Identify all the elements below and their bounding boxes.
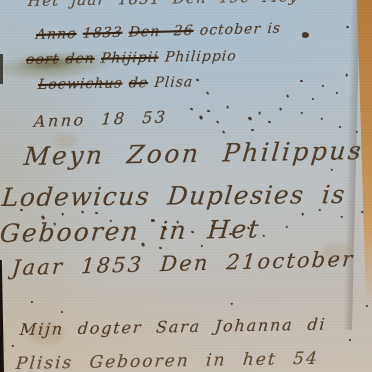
handwriting-segment: Het jaar 1831 Den 19e Mey (27, 0, 299, 10)
handwriting-segment: Meyn Zoon Philippus (23, 136, 365, 171)
line-lodewicus: Lodewicus Duplesies is (1, 180, 359, 212)
ink-speck (312, 98, 314, 100)
ink-speck (301, 213, 304, 216)
line-meyn-zoon: Meyn Zoon Philippus (23, 136, 372, 171)
ink-speck (216, 120, 220, 124)
ink-speck (61, 213, 63, 216)
handwriting-segment: de (128, 75, 149, 91)
handwriting-segment: Anno 18 53 (33, 107, 168, 131)
handwriting-segment: is (267, 21, 282, 37)
ink-speck (336, 92, 339, 95)
struck-line-anno-1833: Anno1833Den 26octoberis (35, 20, 288, 43)
line-sara-johanna: Mijn dogter Sara Johanna di (19, 315, 334, 340)
ink-speck (301, 112, 304, 115)
ink-speck (321, 118, 323, 120)
ink-speck (341, 216, 343, 218)
ink-speck (300, 80, 303, 83)
ink-speck (201, 245, 204, 248)
handwriting-segment: Mijn dogter Sara Johanna di (19, 315, 327, 339)
ink-speck (302, 32, 309, 38)
manuscript-photo: Het jaar 1831 Den 19e MeyAnno1833Den 26o… (0, 0, 372, 372)
ink-speck (231, 303, 233, 305)
ink-speck (349, 339, 351, 341)
ink-speck (339, 126, 341, 128)
handwriting-segment: Plisa (154, 74, 194, 91)
ink-speck (159, 247, 162, 250)
handwriting-segment: Den 26 (128, 23, 194, 41)
photo-dark-nub (0, 54, 3, 84)
handwriting-segment: 1833 (82, 25, 123, 42)
handwriting-segment: Loewichus (37, 76, 123, 94)
ink-speck (226, 106, 228, 109)
handwriting-segment: Anno (35, 26, 77, 43)
ink-speck (61, 311, 64, 313)
ink-speck (345, 73, 348, 76)
handwriting-segment: Philippio (164, 48, 237, 65)
ink-speck (207, 110, 211, 113)
ink-speck (12, 345, 14, 348)
struck-line-philippio: oortdenPhijipiiPhilippio (25, 48, 243, 68)
ink-speck (346, 25, 350, 29)
handwriting-segment: october (199, 21, 262, 39)
header-line-1831: Het jaar 1831 Den 19e Mey (27, 0, 306, 10)
handwriting-segment: den (65, 51, 96, 68)
ink-speck (251, 129, 254, 132)
handwriting-segment: oort (25, 51, 60, 68)
line-jaar-1853: Jaar 1853 Den 21october (11, 247, 365, 280)
handwriting-segment: Jaar 1853 Den 21october (11, 247, 355, 280)
ink-speck (95, 212, 99, 215)
ink-speck (286, 94, 289, 98)
ink-speck (31, 301, 33, 303)
ink-speck (190, 107, 194, 111)
line-anno-1853: Anno 18 53 (33, 107, 175, 131)
ink-speck (331, 169, 333, 171)
line-gebooren: Gebooren in Het (0, 214, 273, 248)
handwriting-segment: Plisis Gebooren in het 54 (15, 349, 320, 372)
ink-speck (199, 115, 203, 120)
handwriting-segment: Phijipii (100, 50, 159, 67)
ink-speck (279, 107, 283, 111)
line-bottom-cut: Plisis Gebooren in het 54 (15, 349, 327, 372)
ink-speck (322, 85, 325, 88)
ink-speck (268, 121, 272, 124)
ink-speck (286, 226, 288, 229)
ink-speck (258, 111, 261, 115)
handwriting-segment: Gebooren in Het (0, 214, 262, 248)
photo-dark-edge (0, 260, 4, 372)
ink-speck (206, 91, 210, 95)
ink-speck (222, 130, 226, 134)
ink-speck (247, 116, 252, 121)
struck-line-plisa: LoewichusdePlisa (37, 74, 200, 93)
handwriting-segment: Lodewicus Duplesies is (1, 180, 348, 212)
